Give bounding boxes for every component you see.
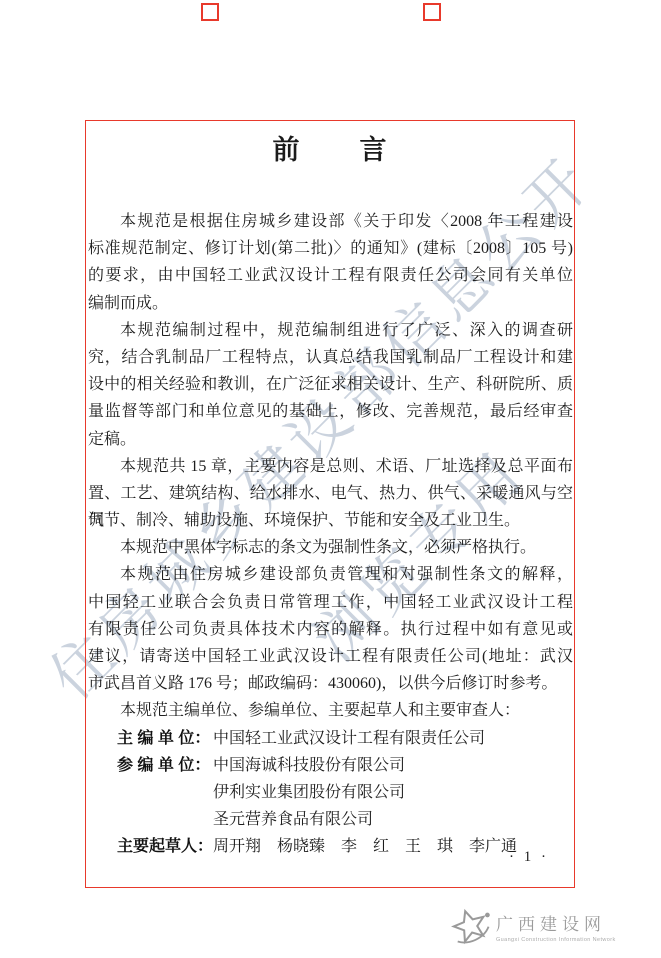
red-square-annotation-right	[423, 3, 441, 21]
site-logo-tagline: Guangxi Construction Information Network	[496, 937, 616, 943]
red-frame-annotation	[85, 120, 575, 888]
site-logo: 广西建设网 Guangxi Construction Information N…	[448, 902, 653, 950]
site-logo-name: 广西建设网	[496, 910, 616, 935]
star-swoosh-icon	[448, 904, 492, 948]
site-logo-text-block: 广西建设网 Guangxi Construction Information N…	[496, 910, 616, 943]
red-square-annotation-left	[201, 3, 219, 21]
document-page: 住房城乡建设部信息公开 浏览专用 前 言 本规范是根据住房城乡建设部《关于印发〈…	[0, 0, 661, 958]
